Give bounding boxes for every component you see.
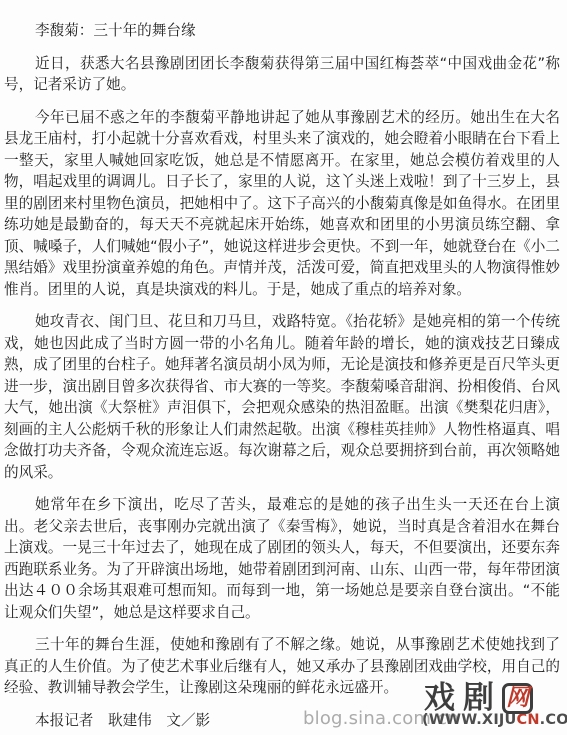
- article-paragraph-1: 近日，获悉大名县豫剧团团长李馥菊获得第三届中国红梅荟萃“中国戏曲金花”称号，记者…: [4, 53, 560, 96]
- xijucn-logo-net-icon: 网: [506, 687, 529, 710]
- xijucn-url-cn-highlight: CN: [516, 712, 539, 728]
- article-content: 李馥菊：三十年的舞台缘 近日，获悉大名县豫剧团团长李馥菊获得第三届中国红梅荟萃“…: [4, 20, 560, 731]
- xijucn-logo-char-ju: 剧: [463, 683, 494, 714]
- xijucn-logo-char-xi: 戏: [424, 683, 455, 714]
- xijucn-url-suffix: .COM): [540, 712, 567, 728]
- xijucn-logo: 戏 剧 网: [424, 683, 533, 714]
- article-page: 李馥菊：三十年的舞台缘 近日，获悉大名县豫剧团团长李馥菊获得第三届中国红梅荟萃“…: [0, 0, 567, 735]
- article-paragraph-2: 今年已届不惑之年的李馥菊平静地讲起了她从事豫剧艺术的经历。她出生在大名县龙王庙村…: [4, 107, 560, 301]
- article-title: 李馥菊：三十年的舞台缘: [4, 20, 560, 42]
- article-paragraph-3: 她攻青衣、闺门旦、花旦和刀马旦，戏路特宽。《抬花轿》是她亮相的第一个传统戏，她也…: [4, 311, 560, 483]
- xijucn-logo-net-box-icon: 网: [502, 683, 533, 714]
- article-paragraph-4: 她常年在乡下演出，吃尽了苦头，最难忘的是她的孩子出生头一天还在台上演出。老父亲去…: [4, 494, 560, 623]
